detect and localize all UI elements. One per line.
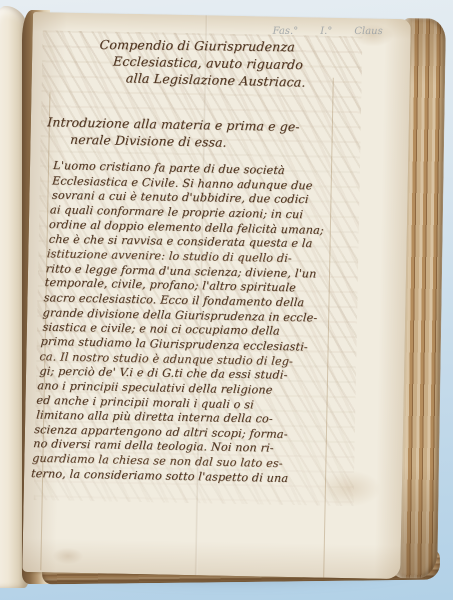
- pencil-annotation: I.°: [320, 26, 332, 37]
- pencil-annotation: Fas.°: [273, 26, 299, 37]
- manuscript-page: Fas.° I.° Claus Compendio di Giurisprude…: [22, 12, 411, 579]
- body-text: L'uomo cristiano fa parte di due società…: [31, 159, 348, 487]
- pencil-annotation: Claus: [354, 26, 382, 37]
- section-heading: Introduzione alla materia e prima e ge- …: [46, 114, 348, 153]
- manuscript-photo: Fas.° I.° Claus Compendio di Giurisprude…: [0, 0, 453, 600]
- pencil-annotations: Fas.° I.° Claus: [273, 26, 413, 37]
- title-block: Compendio di Giurisprudenza Ecclesiastic…: [58, 35, 352, 92]
